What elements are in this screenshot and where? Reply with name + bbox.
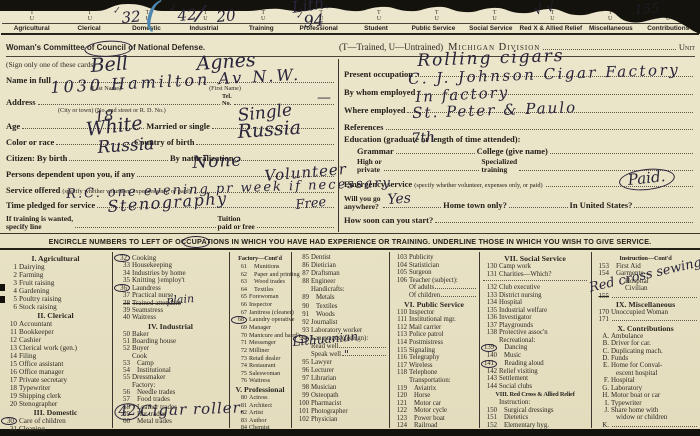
occupation-number: 60	[116, 418, 130, 425]
occupation-item: 67Janitress (cleaner)	[233, 309, 291, 317]
occupation-number: 17	[3, 376, 17, 384]
occupation-item: 81Architect	[233, 402, 291, 410]
registration-card-page: TUTUTUTUTUTUTUTUTUTUTUTU AgriculturalCle…	[0, 0, 700, 436]
occupation-number: 98	[295, 384, 309, 392]
write-line-label: Speak well	[311, 351, 341, 359]
occupation-number: 16	[3, 368, 17, 376]
occupation-item: 93Laboratory worker	[295, 327, 389, 335]
field-occupation: Present occupation	[344, 62, 695, 79]
occupation-number: 92	[295, 319, 309, 327]
write-line	[415, 76, 693, 77]
occupation-item: 10Accountant	[3, 320, 112, 328]
occupation-label: Forewoman	[249, 293, 279, 301]
go-label-line2: anywhere?	[344, 203, 381, 211]
occupation-item: 112Mail carrier	[393, 324, 479, 332]
occupation-item: 124Railroad	[393, 422, 479, 430]
occupation-number: 102	[295, 416, 309, 424]
occupation-label: Inspector	[409, 309, 434, 317]
occupation-number: 95	[295, 359, 309, 367]
occupation-label: Bookkeeper	[19, 328, 54, 336]
write-line	[257, 227, 334, 228]
write-line	[435, 288, 476, 289]
category-professional: Professional	[290, 24, 347, 33]
occupation-item: 66Inspector	[233, 301, 291, 309]
subheading-label: Civilian	[611, 285, 648, 292]
category-tu-social-service: TU	[466, 11, 524, 22]
occupation-number: 18	[3, 384, 17, 392]
occupation-number: 151	[483, 414, 497, 422]
occupation-number: 135	[483, 307, 497, 315]
occupation-item: 83Author	[233, 417, 291, 425]
occupation-label: Munitions	[249, 263, 279, 271]
occupation-item: 1Dairying	[3, 263, 112, 271]
untrained-mark: U	[145, 17, 149, 23]
occupation-number: 100	[295, 400, 309, 408]
write-line	[417, 94, 693, 95]
occupation-label: Typewriter	[19, 384, 50, 392]
occupation-write-line: Read well	[295, 343, 389, 351]
occupation-number: 84	[233, 424, 247, 432]
occupation-number: 91	[295, 311, 309, 319]
write-line	[386, 129, 694, 130]
occupation-number: 132	[483, 284, 497, 292]
occupation-subheading: Handicrafts:	[295, 286, 389, 294]
occupation-label: Charities—Which?	[499, 271, 551, 279]
occupation-item: 76Waitress	[233, 377, 291, 385]
occupation-label: Wood trades	[249, 278, 285, 286]
occupation-item: K.	[595, 422, 700, 429]
occupation-number: 120	[393, 392, 407, 400]
category-industrial: Industrial	[175, 24, 232, 33]
divider	[1, 33, 699, 35]
occupation-label: Poultry raising	[19, 295, 62, 303]
tel-label-line2: No.	[222, 101, 232, 107]
occupation-item: 30Care of children	[3, 417, 112, 425]
occupation-item: 60Metal trades	[116, 418, 229, 425]
occupation-label: Settlement	[499, 375, 528, 383]
occupation-label: Chemist	[249, 424, 270, 432]
occupation-label: Lawyer	[311, 359, 332, 367]
occupation-item: 118Telephone	[393, 369, 479, 377]
committee-header: Woman's Committee of Council of National…	[6, 42, 695, 57]
untrained-mark: U	[30, 17, 34, 23]
occupation-item: 171	[595, 316, 700, 323]
field-label: Citizen: By birth	[6, 153, 67, 163]
occupation-label: Metals	[311, 294, 335, 302]
occupation-number: 116	[393, 354, 407, 362]
training-label-line2: specify line	[6, 223, 73, 231]
occupation-label: Gardening	[19, 287, 49, 295]
training-label: If training is wanted, specify line	[6, 215, 73, 230]
occupation-number: 140	[483, 352, 497, 360]
occupation-item: 56Needle trades	[116, 389, 229, 396]
occupation-item: 143Settlement	[483, 375, 591, 383]
occupation-item: 135Industrial welfare	[483, 307, 591, 315]
occupation-item: 4Gardening	[3, 287, 112, 295]
write-line	[97, 207, 334, 208]
occupation-number: 81	[233, 402, 247, 410]
field-note: (specify whether volunteer, expenses onl…	[414, 182, 542, 189]
instructions-banner: ENCIRCLE NUMBERS TO LEFT OF OCCUPATIONS …	[0, 233, 700, 250]
occupation-number: 61	[233, 263, 247, 271]
occupation-item: 90Textiles	[295, 303, 389, 311]
occupation-item: 151Dietetics	[483, 414, 591, 422]
occupation-label: Laundry operative	[249, 316, 295, 324]
occupation-label: Draftsman	[311, 270, 340, 278]
occupation-label: Journalist	[311, 319, 337, 327]
occupation-section-header: Instruction—Cont'd	[595, 254, 700, 263]
occupation-section-header: VI. Public Service	[393, 300, 479, 309]
occupation-label: Restaurant	[249, 362, 275, 370]
occupation-number: 117	[393, 362, 407, 370]
occupation-item: 131Charities—Which?	[483, 271, 591, 279]
occupation-item: 12Cashier	[3, 336, 112, 344]
occupation-item: 14Filing	[3, 352, 112, 360]
occupation-item: 6Stock raising	[3, 303, 112, 311]
write-line	[519, 170, 693, 171]
encircled-number: 30	[1, 417, 17, 425]
write-line	[543, 49, 676, 50]
occupation-label: Care of children	[19, 417, 66, 425]
category-tu-clerical: TU	[61, 11, 119, 22]
occupation-label: Stock raising	[19, 303, 57, 311]
occupation-label: Librarian	[311, 375, 336, 383]
field-label: By naturalization	[170, 153, 234, 163]
write-line	[634, 207, 693, 208]
occupation-number: 13	[3, 344, 17, 352]
occupation-label: District nursing	[499, 292, 541, 300]
write-line	[137, 176, 334, 177]
field-time-pledged: Time pledged for service	[6, 195, 336, 210]
occupation-label: Retail dealer	[249, 355, 280, 363]
occupation-item: 101Photographer	[295, 408, 389, 416]
write-line	[407, 112, 693, 113]
occupation-number: 64	[233, 286, 247, 294]
occupation-column-7: Instruction—Cont'd153First Aid154Garment…	[592, 252, 700, 428]
occupation-item: 142Relief visiting	[483, 368, 591, 376]
occupation-number: 111	[393, 316, 407, 324]
occupation-item: 68Laundry operative	[233, 316, 291, 324]
occupation-number: 144	[483, 383, 497, 391]
occupation-section-header: I. Agricultural	[3, 254, 112, 263]
category-tu-training: TU	[234, 11, 292, 22]
form-left-column: (Sign only one of these cards) Name in f…	[6, 60, 336, 230]
occupation-number: 74	[233, 362, 247, 370]
occupation-item: 11Bookkeeper	[3, 328, 112, 336]
occupation-item: 140Music	[483, 352, 591, 360]
dotted-divider	[483, 280, 587, 283]
occupation-number: K.	[595, 422, 609, 429]
sign-note: (Sign only one of these cards)	[6, 60, 336, 71]
occupation-number: 90	[295, 303, 309, 311]
occupation-label: Teacher (subject):	[409, 277, 458, 285]
category-tu-industrial: TU	[176, 11, 234, 22]
write-line	[212, 128, 334, 129]
occupation-item: 75Saleswoman	[233, 370, 291, 378]
field-dependents: Persons dependent upon you, if any	[6, 163, 336, 179]
go-label: Will you go anywhere?	[344, 195, 381, 210]
occupation-item: 123Power boat	[393, 415, 479, 423]
scan-edge-mark	[0, 284, 5, 291]
occupation-number: 19	[3, 392, 17, 400]
occupation-item: 132Club executive	[483, 284, 591, 292]
occupation-number: 105	[393, 269, 407, 277]
occupation-label: Industrial welfare	[499, 307, 547, 315]
occupation-number: 89	[295, 294, 309, 302]
category-agricultural: Agricultural	[3, 24, 60, 33]
occupation-number: 31	[3, 425, 17, 433]
occupation-number: 93	[295, 327, 309, 335]
category-tu-domestic: TU	[119, 11, 177, 22]
write-line	[22, 128, 144, 129]
occupation-item: 122Motor cycle	[393, 407, 479, 415]
untrained-mark: U	[666, 17, 670, 23]
occupation-item: 53Camp	[116, 360, 229, 367]
occupation-number: 11	[3, 328, 17, 336]
occupation-label: Laboratory worker	[311, 327, 362, 335]
occupation-number: 80	[233, 394, 247, 402]
occupation-item: 104Statistician	[393, 262, 479, 270]
occupation-item: 99Osteopath	[295, 392, 389, 400]
field-race: Color or race Country of birth	[6, 131, 336, 147]
occupation-number: 133	[483, 292, 497, 300]
write-line	[612, 320, 697, 321]
subheading-label: Transportation:	[409, 377, 451, 385]
occupation-number: 4	[3, 287, 17, 295]
occupation-subheading: Civilian	[595, 285, 700, 292]
occupation-label: Stenographer	[19, 400, 57, 408]
occupation-write-line: Of adults	[393, 284, 479, 292]
occupation-number: 69	[233, 324, 247, 332]
occupation-label: Elementary hyg.	[499, 422, 549, 430]
field-age: Age Married or single	[6, 115, 336, 131]
occupation-label: Janitress (cleaner)	[249, 309, 294, 317]
occupation-item: 91Woods	[295, 311, 389, 319]
occupation-item: 134Hospital	[483, 299, 591, 307]
last-name-note: (Last Name)	[90, 85, 121, 93]
occupation-item: 19Shipping clerk	[3, 392, 112, 400]
occupation-item: 40Waitress	[116, 314, 229, 321]
field-label: Persons dependent upon you, if any	[6, 169, 135, 179]
occupation-number: 82	[233, 409, 247, 417]
category-miscellaneous: Miscellaneous	[582, 24, 639, 33]
occupation-label: Clerical work (gen.)	[19, 344, 77, 352]
field-label: Name in full	[6, 75, 51, 85]
category-tu-red-x-allied-relief: TU	[523, 11, 581, 22]
occupation-item: 80Actress	[233, 394, 291, 402]
tuition-label-line2: paid or free	[218, 223, 255, 231]
occupation-number: 106	[393, 277, 407, 285]
untrained-mark: U	[550, 17, 554, 23]
category-domestic: Domestic	[118, 24, 175, 33]
occupation-label: Unoccupied Woman	[611, 309, 668, 316]
occupation-item: 94Languages (foreign):	[295, 335, 389, 343]
category-red-x-allied-relief: Red X & Allied Relief	[520, 24, 583, 33]
write-line	[53, 82, 334, 83]
encircled-number: 94	[293, 335, 309, 343]
occupation-item: 16Office manager	[3, 368, 112, 376]
occupation-number: 115	[393, 347, 407, 355]
write-line	[441, 296, 476, 297]
occupation-label: Motor car	[409, 400, 441, 408]
occupation-item: 74Restaurant	[233, 362, 291, 370]
occupation-label: Knitting }employ't	[132, 277, 185, 284]
occupation-write-line: Of children	[393, 292, 479, 300]
occupation-number: 114	[393, 339, 407, 347]
field-label: Where employed	[344, 105, 405, 115]
untrained-mark: U	[261, 17, 265, 23]
occupation-number: J.	[595, 407, 609, 414]
write-line	[550, 153, 693, 154]
occupation-label: Woods	[311, 311, 335, 319]
field-training: If training is wanted, specify line Tuit…	[6, 210, 336, 230]
category-student: Student	[347, 24, 404, 33]
occupation-label: Dietician	[311, 262, 336, 270]
occupation-number: 101	[295, 408, 309, 416]
occupation-label: Dancing	[499, 344, 527, 352]
occupation-label: Manager	[249, 324, 271, 332]
high-label: High or private	[357, 158, 382, 173]
occupation-number: 2	[3, 271, 17, 279]
occupation-item: 62Paper and printing	[233, 271, 291, 279]
field-high-specialized: High or private Specialized training	[357, 156, 695, 173]
occupation-number: 73	[233, 355, 247, 363]
category-tu-agricultural: TU	[3, 11, 61, 22]
occupation-label: Publicity	[409, 254, 434, 262]
occupation-label: Lecturer	[311, 367, 334, 375]
field-label: References	[344, 122, 384, 132]
occupation-number: 88	[295, 278, 309, 286]
occupation-item: 113Police patrol	[393, 331, 479, 339]
occupation-label: Architect	[249, 402, 272, 410]
occupation-label: Hospital	[499, 299, 522, 307]
category-tu-professional: TU	[292, 11, 350, 22]
occupation-label: Engineer	[311, 278, 336, 286]
write-line	[509, 207, 568, 208]
occupation-label: Waitress	[132, 314, 156, 321]
occupation-label: Institutional mgr.	[409, 316, 456, 324]
field-label: By whom employed	[344, 87, 415, 97]
category-clerical: Clerical	[60, 24, 117, 33]
write-line	[342, 355, 386, 356]
occupation-column-5: 103Publicity104Statistician105Surgeon106…	[390, 252, 480, 428]
occupation-label: Camp work	[499, 263, 531, 271]
occupations-columns: I. Agricultural1Dairying2Farming3Fruit r…	[0, 252, 700, 428]
untrained-mark: U	[88, 17, 92, 23]
occupation-label: Investigator	[499, 314, 531, 322]
occupation-item: 144Social clubs	[483, 383, 591, 391]
occupation-label: Metal trades	[132, 418, 172, 425]
occupation-label: Social clubs	[499, 383, 532, 391]
form-area: (Sign only one of these cards) Name in f…	[0, 59, 700, 232]
occupation-item: 61Munitions	[233, 263, 291, 271]
occupation-item: 69Manager	[233, 324, 291, 332]
occupation-number: 122	[393, 407, 407, 415]
occupation-number: 65	[233, 293, 247, 301]
occupation-label: Pharmacist	[311, 400, 341, 408]
occupation-label: Office manager	[19, 368, 64, 376]
occupation-item: 92Journalist	[295, 319, 389, 327]
field-address-subnotes: (City or town) (No. and street or R. D. …	[6, 107, 336, 115]
occupation-number: 96	[295, 367, 309, 375]
occupation-section-header: VII. Social Service	[483, 254, 591, 263]
write-line	[435, 222, 693, 223]
occupation-label: Filing	[19, 352, 36, 360]
occupation-label: Relief visiting	[499, 368, 538, 376]
occupation-number: 55	[116, 374, 130, 381]
field-label: Service offered	[6, 185, 60, 195]
subheading-label: Handicrafts:	[311, 286, 345, 294]
occupation-label: Saleswoman	[249, 370, 280, 378]
occupation-column-3: Factory—Cont'd61Munitions62Paper and pri…	[230, 252, 292, 428]
category-public-service: Public Service	[405, 24, 462, 33]
committee-title: Woman's Committee of Council of National…	[6, 43, 339, 52]
occupation-label: Farming	[19, 271, 43, 279]
tel-label: Tel. No.	[222, 94, 232, 107]
occupation-number: 15	[3, 360, 17, 368]
occupation-column-4: 85Dentist86Dietician87Draftsman88Enginee…	[292, 252, 390, 428]
occupation-number: 154	[595, 270, 609, 277]
occupation-item: 98Musician	[295, 384, 389, 392]
occupation-label: Shipping clerk	[19, 392, 61, 400]
write-line	[38, 104, 220, 105]
occupation-label: Private secretary	[19, 376, 67, 384]
occupation-label: Messenger	[249, 339, 276, 347]
untrained-mark: U	[608, 17, 612, 23]
occupation-item: 96Lecturer	[295, 367, 389, 375]
occupation-item: 100Pharmacist	[295, 400, 389, 408]
occupation-item: 15Office assistant	[3, 360, 112, 368]
occupation-item: 95Lawyer	[295, 359, 389, 367]
occupation-number: 113	[393, 331, 407, 339]
occupation-item: 103Publicity	[393, 254, 479, 262]
occupation-label: Photographer	[311, 408, 348, 416]
occupation-column-6: VII. Social Service130Camp work131Charit…	[480, 252, 592, 428]
occupation-item: 119Aviatrix	[393, 385, 479, 393]
occupation-number: 110	[393, 309, 407, 317]
field-employer: By whom employed	[344, 79, 695, 97]
occupation-label: Dietetics	[499, 414, 528, 422]
occupation-number: 20	[3, 400, 17, 408]
field-label: Grammar	[357, 146, 394, 156]
occupation-write-line: Speak well	[295, 351, 389, 359]
field-label: How soon can you start?	[344, 215, 433, 225]
write-line	[546, 186, 693, 187]
write-line	[196, 144, 334, 145]
occupation-number: 40	[116, 314, 130, 321]
write-line	[56, 144, 132, 145]
field-references: References	[344, 115, 695, 132]
occupation-item: 18Typewriter	[3, 384, 112, 392]
occupation-item: 20Stenographer	[3, 400, 112, 408]
occupation-number: 118	[393, 369, 407, 377]
occupation-label: Club executive	[499, 284, 540, 292]
occupation-label: Cashier	[19, 336, 41, 344]
untrained-mark: U	[492, 17, 496, 23]
occupation-item: 87Draftsman	[295, 270, 389, 278]
occupation-label: Protective assoc'n	[499, 329, 548, 337]
occupation-item: 13Clerical work (gen.)	[3, 344, 112, 352]
subheading-label: Recreational:	[499, 337, 535, 345]
occupation-number: 12	[3, 336, 17, 344]
field-label: In United States?	[570, 200, 633, 210]
occupation-item: 141Reading aloud	[483, 360, 591, 368]
category-social-service: Social Service	[462, 24, 519, 33]
field-address: Address Tel. No.	[6, 93, 336, 107]
occupation-item: 71Messenger	[233, 339, 291, 347]
occupation-number: 3	[3, 279, 17, 287]
occupation-column-2: 32Cooking33Housekeeping34Industries by h…	[113, 252, 230, 428]
